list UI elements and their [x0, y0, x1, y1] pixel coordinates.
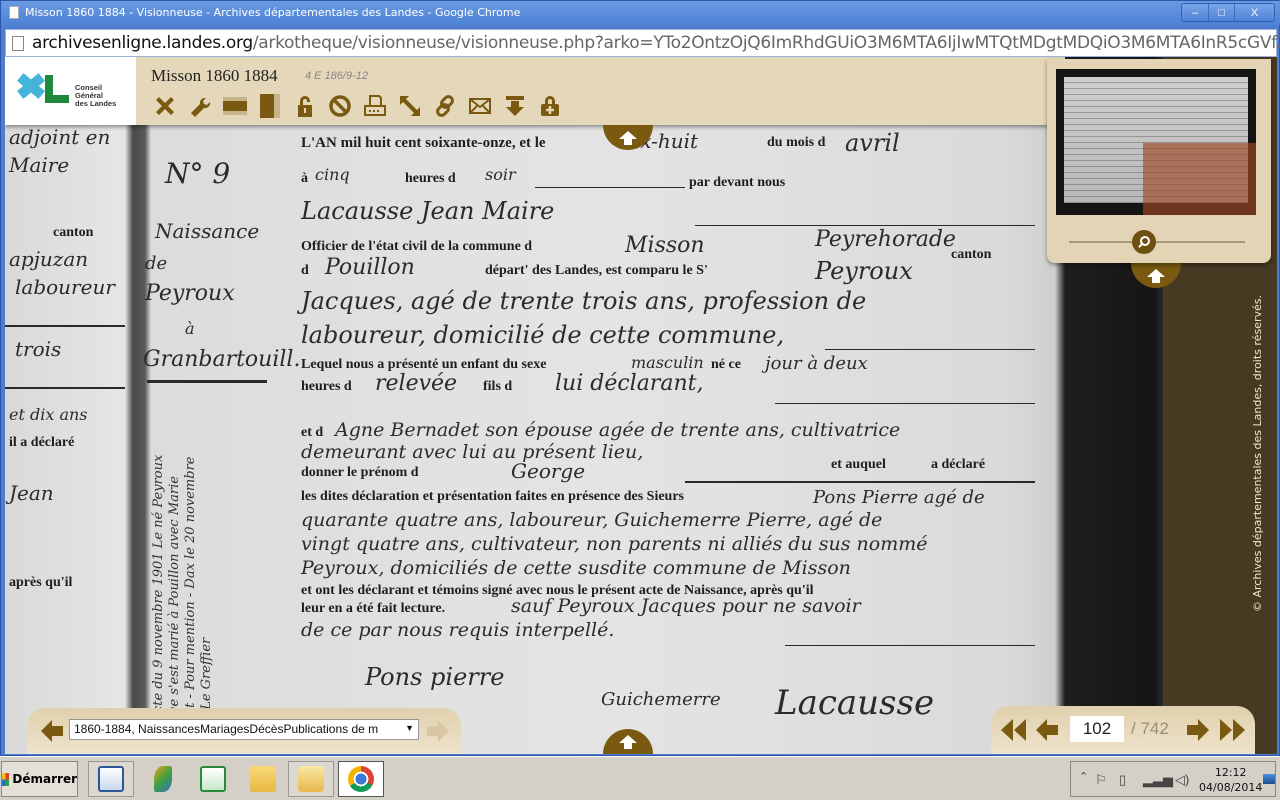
word-icon	[98, 766, 124, 792]
last-page-button[interactable]	[1219, 719, 1245, 746]
url-path: /arkotheque/visionneuse/visionneuse.php?…	[253, 33, 1280, 53]
hw-witness2-cont: vingt quatre ans, cultivateur, non paren…	[301, 533, 927, 555]
link-icon	[433, 94, 457, 118]
page-navigator: 102 / 742	[991, 706, 1255, 754]
download-button[interactable]	[501, 93, 528, 119]
printed-line: a déclaré	[931, 457, 985, 473]
hw-residence: Peyroux, domiciliés de cette susdite com…	[301, 557, 851, 579]
left-fragment: trois	[15, 337, 61, 361]
logo-l-shape	[45, 95, 69, 103]
download-icon	[503, 94, 527, 118]
hw-mother: Agne Bernadet son épouse agée de trente …	[335, 419, 900, 441]
document-code: 4 E 186/9-12	[305, 70, 368, 82]
arrow-right-icon	[1187, 719, 1209, 741]
left-fragment: après qu'il	[9, 575, 72, 591]
margin-name: Peyroux	[145, 281, 235, 306]
page-total: / 742	[1131, 719, 1169, 739]
logo-text: Conseil Général des Landes	[75, 84, 116, 108]
left-fragment: adjoint en	[9, 125, 110, 149]
fit-width-button[interactable]	[221, 93, 248, 119]
lock-plus-icon	[538, 94, 562, 118]
navigator-panel	[1047, 59, 1271, 263]
email-button[interactable]	[466, 93, 493, 119]
wrench-icon	[188, 94, 212, 118]
margin-place: Granbartouill.	[143, 347, 300, 372]
printed-line: canton	[951, 247, 991, 263]
printed-line: L'AN mil huit cent soixante-onze, et le	[301, 135, 546, 152]
hw-exception: sauf Peyroux Jacques pour ne savoir	[511, 595, 861, 617]
double-arrow-right-icon	[1219, 719, 1245, 741]
printed-line: heures d	[301, 379, 352, 395]
next-document-button[interactable]	[427, 720, 449, 747]
up-arrow-icon	[619, 735, 637, 743]
permalink-button[interactable]	[431, 93, 458, 119]
printed-line: d	[301, 263, 309, 279]
page-icon	[12, 36, 24, 51]
taskbar-app-word[interactable]	[88, 761, 134, 797]
printed-line: né ce	[711, 357, 741, 373]
document-title: Misson 1860 1884	[151, 66, 278, 86]
zoom-slider-track[interactable]	[1069, 241, 1245, 243]
title-bar: Misson 1860 1884 - Visionneuse - Archive…	[1, 1, 1280, 25]
hw-month: avril	[845, 129, 900, 157]
fit-height-icon	[258, 94, 282, 118]
next-page-button[interactable]	[1187, 719, 1209, 746]
signature: Lacausse	[775, 683, 934, 723]
hw-officer: Lacausse Jean Maire	[301, 197, 554, 225]
printed-line: et auquel	[831, 457, 886, 473]
minimize-button[interactable]: –	[1182, 4, 1208, 21]
hw-mother-residence: demeurant avec lui au présent lieu,	[301, 441, 643, 463]
signature: Pons pierre	[365, 663, 504, 691]
no-entry-icon	[328, 94, 352, 118]
dropdown-caret-icon: ▼	[405, 723, 414, 733]
hw-declarant: Peyroux	[815, 257, 913, 285]
page-number-input[interactable]: 102	[1070, 716, 1124, 742]
left-fragment: Maire	[9, 153, 69, 177]
taskbar-app-paint[interactable]	[140, 761, 186, 797]
left-fragment: Jean	[9, 481, 54, 505]
arrow-left-icon	[1036, 719, 1058, 741]
image-viewer[interactable]: adjoint en Maire canton apjuzan laboureu…	[5, 57, 1277, 754]
page-thumbnail[interactable]	[1056, 69, 1256, 215]
printed-line: du mois d	[767, 135, 825, 151]
left-fragment: laboureur	[15, 275, 115, 299]
unlock-button[interactable]	[291, 93, 318, 119]
excel-icon	[200, 766, 226, 792]
signature: Guichemerre	[601, 689, 721, 710]
print-icon	[363, 94, 387, 118]
hw-profession: laboureur, domicilié de cette commune,	[301, 321, 784, 349]
fullscreen-button[interactable]	[396, 93, 423, 119]
outlook-icon	[298, 766, 324, 792]
margin-a: à	[185, 319, 195, 338]
block-button[interactable]	[326, 93, 353, 119]
show-desktop-button[interactable]	[1263, 774, 1275, 784]
printed-line: leur en a été fait lecture.	[301, 601, 445, 617]
hw-born-period: relevée	[375, 371, 457, 396]
printed-line: les dites déclaration et présentation fa…	[301, 489, 684, 505]
zoom-slider-knob[interactable]	[1132, 230, 1156, 254]
left-fragment: il a déclaré	[9, 435, 74, 451]
taskbar-app-excel[interactable]	[190, 761, 236, 797]
left-fragment: canton	[53, 225, 93, 241]
maximize-button[interactable]: □	[1208, 4, 1234, 21]
printed-line: heures d	[405, 171, 456, 187]
document-nav: 1860-1884, NaissancesMariagesDécèsPublic…	[27, 708, 461, 754]
printed-line: départ' des Landes, est comparu le S'	[485, 263, 708, 279]
marginal-note: Par acte du 9 novembre 1901 Le né Peyrou…	[151, 447, 215, 747]
hw-hour: cinq	[315, 165, 350, 184]
taskbar-app-chrome[interactable]	[338, 761, 384, 797]
thumb-left-page	[1064, 77, 1154, 203]
printed-line: fils d	[483, 379, 512, 395]
hw-canton: Peyrehorade	[815, 227, 956, 252]
close-viewer-button[interactable]	[151, 93, 178, 119]
hw-period: soir	[485, 165, 516, 184]
printed-line: à	[301, 171, 308, 187]
viewer-header: Conseil Général des Landes Misson 1860 1…	[5, 57, 1065, 125]
first-page-button[interactable]	[1001, 719, 1027, 746]
prev-page-button[interactable]	[1036, 719, 1058, 746]
copyright-notice: © Archives départementales des Landes, d…	[1251, 295, 1264, 612]
volume-icon[interactable]: ◁)	[1175, 772, 1189, 788]
system-tray: ⌃ ⚐ ▯ ▂▃▅ ◁) 12:12 04/08/2014	[1070, 761, 1276, 797]
fit-height-button[interactable]	[256, 93, 283, 119]
taskbar: Démarrer ⌃ ⚐ ▯ ▂▃▅ ◁) 12:12 04/08/2014	[0, 756, 1280, 800]
hw-first-name: George	[511, 459, 585, 483]
window-controls: – □ X	[1181, 3, 1275, 22]
quill-icon	[154, 766, 172, 792]
hw-father: lui déclarant,	[555, 371, 703, 396]
arrow-right-icon	[427, 720, 449, 742]
close-icon	[153, 94, 177, 118]
url-host: archivesenligne.landes.org	[32, 33, 253, 53]
hw-witness1-cont: quarante quatre ans, laboureur, Guicheme…	[301, 509, 882, 531]
double-arrow-left-icon	[1001, 719, 1027, 741]
document-select[interactable]: 1860-1884, NaissancesMariagesDécèsPublic…	[69, 719, 419, 740]
toolbar	[151, 93, 563, 119]
hw-approval: de ce par nous requis interpellé.	[301, 619, 614, 641]
hw-commune: Misson	[625, 233, 705, 258]
signal-icon[interactable]: ▂▃▅	[1143, 772, 1173, 788]
left-fragment: apjuzan	[9, 247, 88, 271]
margin-de: de	[145, 253, 167, 274]
margin-title: Naissance	[155, 219, 259, 243]
add-to-basket-button[interactable]	[536, 93, 563, 119]
close-window-button[interactable]: X	[1234, 4, 1274, 21]
left-fragment: et dix ans	[9, 405, 88, 424]
address-bar[interactable]: archivesenligne.landes.org/arkotheque/vi…	[5, 29, 1277, 57]
printed-line: Officier de l'état civil de la commune d	[301, 239, 532, 255]
printed-line: par devant nous	[689, 175, 785, 191]
browser-window: Misson 1860 1884 - Visionneuse - Archive…	[0, 0, 1280, 756]
hw-witness1: Pons Pierre agé de	[813, 487, 985, 508]
windows-logo-icon	[2, 773, 9, 786]
printed-line: et d	[301, 425, 323, 441]
taskbar-app-explorer[interactable]	[240, 761, 286, 797]
page-icon	[9, 6, 19, 19]
print-button[interactable]	[361, 93, 388, 119]
resize-arrows-icon	[398, 94, 422, 118]
printed-line: donner le prénom d	[301, 465, 419, 481]
prev-document-button[interactable]	[41, 720, 63, 747]
folder-icon	[250, 766, 276, 792]
start-button[interactable]: Démarrer	[1, 761, 78, 797]
unlock-icon	[293, 94, 317, 118]
up-arrow-icon	[619, 131, 637, 139]
window-title: Misson 1860 1884 - Visionneuse - Archive…	[25, 6, 520, 19]
viewport-indicator[interactable]	[1143, 143, 1256, 215]
settings-button[interactable]	[186, 93, 213, 119]
up-arrow-icon	[1147, 269, 1165, 277]
flag-icon[interactable]: ⚐	[1095, 772, 1107, 788]
fit-width-icon	[223, 94, 247, 118]
taskbar-app-outlook[interactable]	[288, 761, 334, 797]
power-plug-icon[interactable]: ▯	[1119, 772, 1126, 788]
hw-born-time: jour à deux	[765, 353, 868, 374]
arrow-left-icon	[41, 720, 63, 742]
show-hidden-icons-button[interactable]: ⌃	[1079, 770, 1088, 783]
hw-canton-name: Pouillon	[325, 255, 415, 280]
mail-icon	[468, 94, 492, 118]
clock[interactable]: 12:12 04/08/2014	[1199, 765, 1262, 795]
document-scan[interactable]: adjoint en Maire canton apjuzan laboureu…	[5, 57, 1163, 754]
hw-sex: masculin	[631, 353, 704, 372]
chrome-icon	[348, 766, 374, 792]
logo: Conseil Général des Landes	[5, 57, 136, 125]
act-number: N° 9	[165, 157, 230, 190]
hw-declarant-line: Jacques, agé de trente trois ans, profes…	[301, 287, 866, 315]
url-text[interactable]: archivesenligne.landes.org/arkotheque/vi…	[32, 33, 1280, 53]
